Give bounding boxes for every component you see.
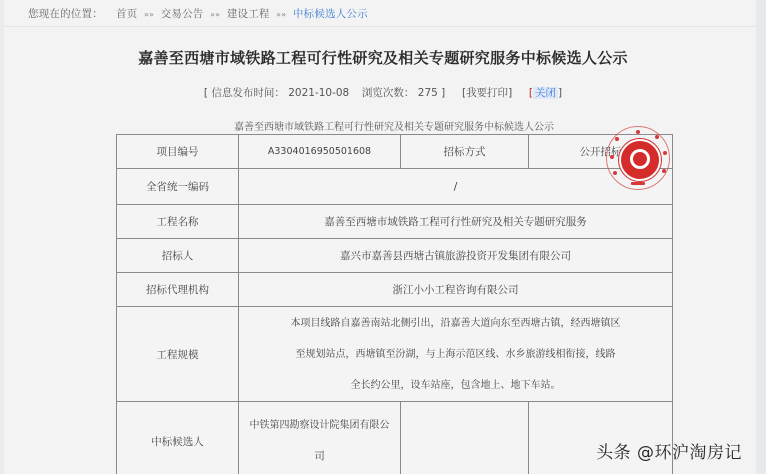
row-label: 招标人 bbox=[117, 239, 239, 273]
close-link[interactable]: 关闭 bbox=[533, 87, 558, 99]
article-meta: [ 信息发布时间： 2021-10-08 浏览次数： 275 ] [我要打印] … bbox=[0, 85, 766, 100]
breadcrumb-prefix: 您现在的位置： bbox=[28, 8, 103, 20]
scrollbar-track[interactable] bbox=[756, 0, 766, 474]
breadcrumb-home[interactable]: 首页 bbox=[116, 8, 137, 20]
table-row: 工程规模 本项目线路自嘉善南站北侧引出，沿嘉善大道向东至西塘古镇，经西塘镇区 至… bbox=[117, 307, 673, 402]
left-edge bbox=[0, 0, 4, 474]
project-scale-line: 全长约公里，设车站座，包含地上、地下车站。 bbox=[245, 370, 666, 401]
seal-emblem bbox=[619, 139, 661, 181]
table-row: 全省统一编码 / bbox=[117, 169, 673, 205]
table-row: 项目编号 A3304016950501608 招标方式 公开招标 bbox=[117, 135, 673, 169]
project-number: A3304016950501608 bbox=[239, 135, 401, 169]
project-scale-line: 至规划站点，西塘镇至汾湖，与上海示范区线、水乡旅游线相衔接，线路 bbox=[245, 339, 666, 370]
publish-date: 2021-10-08 bbox=[288, 87, 349, 99]
row-label: 工程规模 bbox=[117, 307, 239, 402]
table-row: 中标候选人 中铁第四勘察设计院集团有限公 司 bbox=[117, 402, 673, 474]
row-label: 招标代理机构 bbox=[117, 273, 239, 307]
tender-agency: 浙江小小工程咨询有限公司 bbox=[239, 273, 673, 307]
breadcrumb-trade-notices[interactable]: 交易公告 bbox=[161, 8, 204, 20]
breadcrumb-current[interactable]: 中标候选人公示 bbox=[293, 8, 368, 20]
project-name: 嘉善至西塘市域铁路工程可行性研究及相关专题研究服务 bbox=[239, 205, 673, 239]
watermark: 头条 @环沪淘房记 bbox=[596, 438, 742, 463]
table-caption: 嘉善至西塘市域铁路工程可行性研究及相关专题研究服务中标候选人公示 bbox=[116, 118, 672, 133]
views-label: 浏览次数： bbox=[362, 87, 415, 99]
project-scale-line: 本项目线路自嘉善南站北侧引出，沿嘉善大道向东至西塘古镇，经西塘镇区 bbox=[245, 308, 666, 339]
official-seal-icon bbox=[606, 126, 670, 190]
tenderer: 嘉兴市嘉善县西塘古镇旅游投资开发集团有限公司 bbox=[239, 239, 673, 273]
project-scale: 本项目线路自嘉善南站北侧引出，沿嘉善大道向东至西塘古镇，经西塘镇区 至规划站点，… bbox=[239, 307, 673, 402]
row-label: 项目编号 bbox=[117, 135, 239, 169]
breadcrumb-construction[interactable]: 建设工程 bbox=[227, 8, 270, 20]
breadcrumb-separator: »» bbox=[276, 10, 286, 19]
row-label: 工程名称 bbox=[117, 205, 239, 239]
breadcrumb: 您现在的位置： 首页 »» 交易公告 »» 建设工程 »» 中标候选人公示 bbox=[28, 6, 368, 21]
table-row: 招标代理机构 浙江小小工程咨询有限公司 bbox=[117, 273, 673, 307]
winning-candidate-line: 司 bbox=[245, 441, 394, 471]
table-row: 招标人 嘉兴市嘉善县西塘古镇旅游投资开发集团有限公司 bbox=[117, 239, 673, 273]
announcement-page: 您现在的位置： 首页 »» 交易公告 »» 建设工程 »» 中标候选人公示 嘉善… bbox=[0, 0, 766, 474]
table-row: 工程名称 嘉善至西塘市域铁路工程可行性研究及相关专题研究服务 bbox=[117, 205, 673, 239]
divider bbox=[4, 26, 756, 27]
breadcrumb-separator: »» bbox=[144, 10, 154, 19]
candidate-extra bbox=[401, 402, 529, 474]
winning-candidate-line: 中铁第四勘察设计院集团有限公 bbox=[245, 411, 394, 441]
row-label: 全省统一编码 bbox=[117, 169, 239, 205]
views-count: 275 bbox=[418, 87, 438, 99]
page-title: 嘉善至西塘市域铁路工程可行性研究及相关专题研究服务中标候选人公示 bbox=[0, 47, 766, 68]
breadcrumb-separator: »» bbox=[210, 10, 220, 19]
print-link[interactable]: 我要打印 bbox=[466, 87, 508, 99]
row-label: 中标候选人 bbox=[117, 402, 239, 474]
row-label: 招标方式 bbox=[401, 135, 529, 169]
winning-candidate: 中铁第四勘察设计院集团有限公 司 bbox=[239, 402, 401, 474]
province-code: / bbox=[239, 169, 673, 205]
candidate-info-table: 项目编号 A3304016950501608 招标方式 公开招标 全省统一编码 … bbox=[116, 134, 673, 474]
publish-label: 信息发布时间： bbox=[211, 87, 285, 99]
